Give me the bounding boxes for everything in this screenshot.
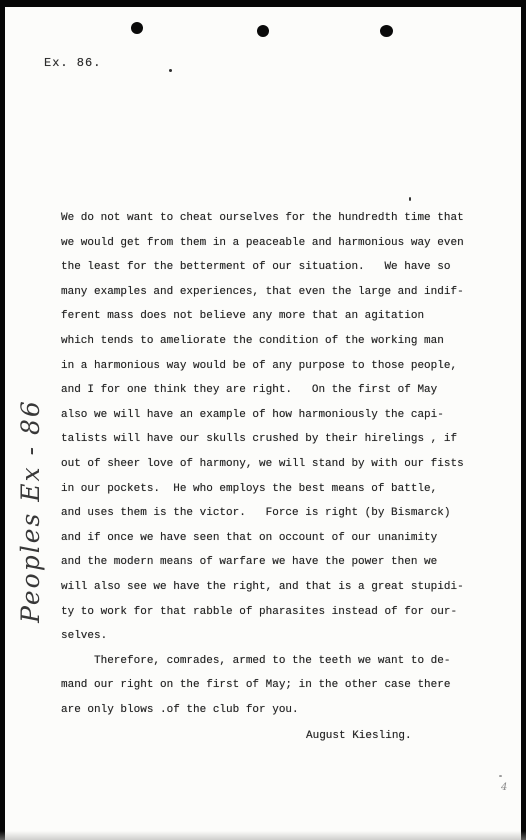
scan-edge-left (0, 0, 5, 840)
page-corner-mark: 4 (501, 782, 507, 793)
typewritten-line-5: ferent mass does not believe any more th… (61, 304, 479, 329)
ink-speck (409, 197, 411, 201)
typewritten-line-14: and if once we have seen that on occount… (61, 526, 479, 551)
typewritten-line-12: in our pockets. He who employs the best … (61, 477, 479, 502)
ink-speck (499, 775, 502, 777)
scan-bottom-shadow (0, 831, 526, 840)
ink-speck (169, 69, 172, 72)
handwritten-exhibit-note: Peoples Ex - 86 (16, 396, 50, 626)
typewritten-body: We do not want to cheat ourselves for th… (61, 206, 479, 722)
typewritten-line-2: we would get from them in a peaceable an… (61, 231, 479, 256)
typewritten-line-8: and I for one think they are right. On t… (61, 378, 479, 403)
typewritten-line-3: the least for the betterment of our situ… (61, 255, 479, 280)
typewritten-line-19: Therefore, comrades, armed to the teeth … (61, 649, 479, 674)
typewritten-line-13: and uses them is the victor. Force is ri… (61, 501, 479, 526)
scan-edge-top (0, 0, 526, 7)
typewritten-line-6: which tends to ameliorate the condition … (61, 329, 479, 354)
scanned-document-page: Ex. 86. Peoples Ex - 86 We do not want t… (0, 0, 526, 840)
signature-line: August Kiesling. (306, 730, 412, 742)
typewritten-line-20: mand our right on the first of May; in t… (61, 673, 479, 698)
scan-edge-right (521, 0, 526, 840)
punch-hole-dot-3 (380, 25, 393, 37)
punch-hole-dot-1 (131, 22, 143, 34)
typewritten-line-11: out of sheer love of harmony, we will st… (61, 452, 479, 477)
typewritten-line-16: will also see we have the right, and tha… (61, 575, 479, 600)
typewritten-line-1: We do not want to cheat ourselves for th… (61, 206, 479, 231)
typewritten-line-18: selves. (61, 624, 479, 649)
typewritten-line-4: many examples and experiences, that even… (61, 280, 479, 305)
typewritten-line-10: talists will have our skulls crushed by … (61, 427, 479, 452)
typewritten-line-17: ty to work for that rabble of pharasites… (61, 600, 479, 625)
typewritten-line-21: are only blows .of the club for you. (61, 698, 479, 723)
typewritten-line-15: and the modern means of warfare we have … (61, 550, 479, 575)
typewritten-line-7: in a harmonious way would be of any purp… (61, 354, 479, 379)
typewritten-line-9: also we will have an example of how harm… (61, 403, 479, 428)
exhibit-number-label: Ex. 86. (44, 56, 101, 70)
punch-hole-dot-2 (257, 25, 269, 37)
